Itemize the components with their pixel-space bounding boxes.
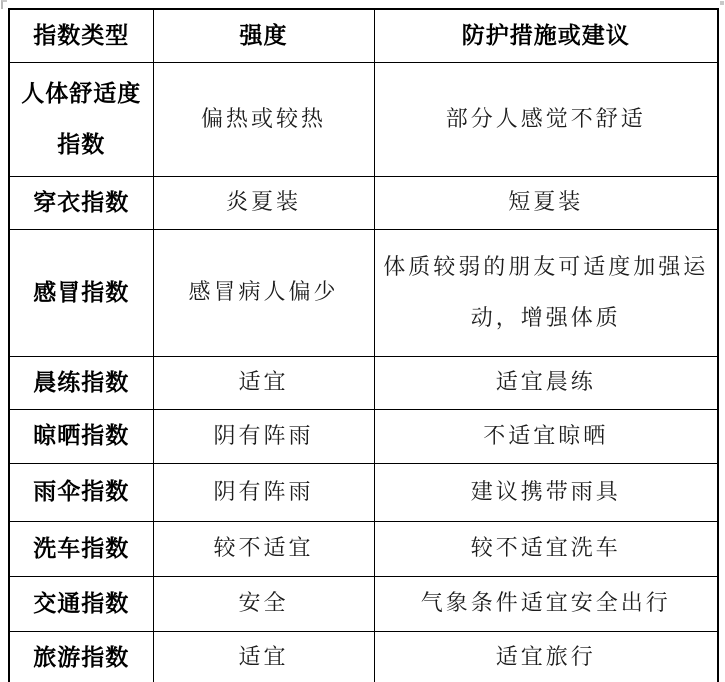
- cell-advice: 气象条件适宜安全出行: [374, 576, 718, 631]
- cell-strength: 较不适宜: [153, 521, 374, 576]
- table-row-cold-index: 感冒指数 感冒病人偏少 体质较弱的朋友可适度加强运 动，增强体质: [9, 229, 718, 356]
- cell-index-type: 人体舒适度 指数: [9, 62, 153, 176]
- column-header-advice: 防护措施或建议: [374, 9, 718, 62]
- cell-strength: 偏热或较热: [153, 62, 374, 176]
- cell-strength: 阴有阵雨: [153, 463, 374, 521]
- table-row-car-wash-index: 洗车指数 较不适宜 较不适宜洗车: [9, 521, 718, 576]
- column-header-strength: 强度: [153, 9, 374, 62]
- cell-advice: 适宜晨练: [374, 356, 718, 409]
- table-row-morning-exercise-index: 晨练指数 适宜 适宜晨练: [9, 356, 718, 409]
- cell-advice: 不适宜晾晒: [374, 409, 718, 463]
- cell-strength: 阴有阵雨: [153, 409, 374, 463]
- column-header-index-type: 指数类型: [9, 9, 153, 62]
- cell-strength: 安全: [153, 576, 374, 631]
- cell-index-type: 交通指数: [9, 576, 153, 631]
- table-row-travel-index: 旅游指数 适宜 适宜旅行: [9, 631, 718, 682]
- cell-strength: 感冒病人偏少: [153, 229, 374, 356]
- page: 指数类型 强度 防护措施或建议 人体舒适度 指数 偏热或较热 部分人感觉不舒适 …: [0, 0, 725, 682]
- cell-advice: 较不适宜洗车: [374, 521, 718, 576]
- table-row-drying-index: 晾晒指数 阴有阵雨 不适宜晾晒: [9, 409, 718, 463]
- cell-advice: 部分人感觉不舒适: [374, 62, 718, 176]
- cell-advice: 适宜旅行: [374, 631, 718, 682]
- scan-artifact-top-left: [1, 0, 7, 9]
- scan-artifact-top-right: [720, 1, 724, 5]
- cell-advice: 建议携带雨具: [374, 463, 718, 521]
- table-row-traffic-index: 交通指数 安全 气象条件适宜安全出行: [9, 576, 718, 631]
- table-row-comfort-index: 人体舒适度 指数 偏热或较热 部分人感觉不舒适: [9, 62, 718, 176]
- cell-index-type: 感冒指数: [9, 229, 153, 356]
- cell-strength: 适宜: [153, 631, 374, 682]
- weather-index-table: 指数类型 强度 防护措施或建议 人体舒适度 指数 偏热或较热 部分人感觉不舒适 …: [8, 8, 719, 682]
- cell-index-type: 雨伞指数: [9, 463, 153, 521]
- table-header-row: 指数类型 强度 防护措施或建议: [9, 9, 718, 62]
- cell-advice: 短夏装: [374, 176, 718, 229]
- cell-strength: 适宜: [153, 356, 374, 409]
- table-row-umbrella-index: 雨伞指数 阴有阵雨 建议携带雨具: [9, 463, 718, 521]
- cell-strength: 炎夏装: [153, 176, 374, 229]
- cell-advice: 体质较弱的朋友可适度加强运 动，增强体质: [374, 229, 718, 356]
- cell-index-type: 旅游指数: [9, 631, 153, 682]
- cell-index-type: 晨练指数: [9, 356, 153, 409]
- table-row-dressing-index: 穿衣指数 炎夏装 短夏装: [9, 176, 718, 229]
- cell-index-type: 晾晒指数: [9, 409, 153, 463]
- cell-index-type: 穿衣指数: [9, 176, 153, 229]
- cell-index-type: 洗车指数: [9, 521, 153, 576]
